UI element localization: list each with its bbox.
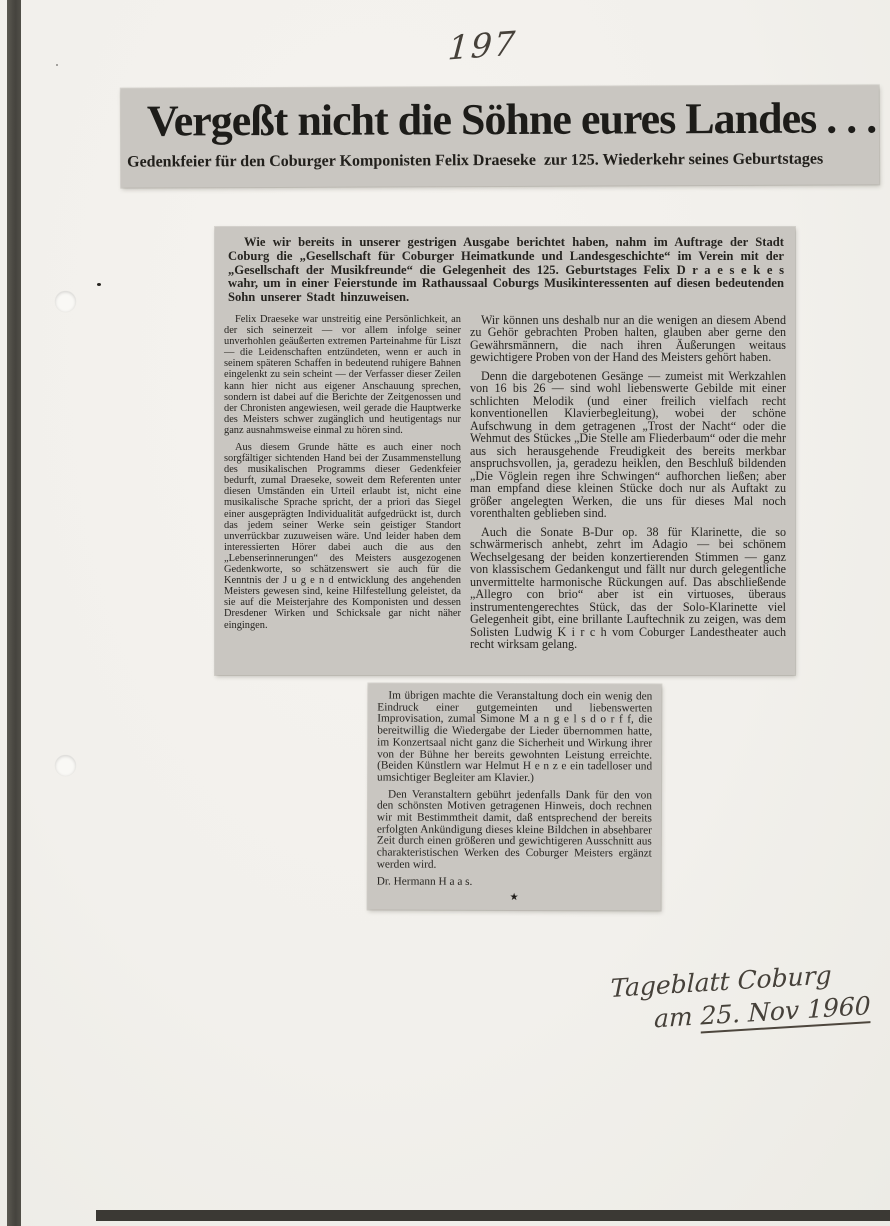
article-paragraph: Auch die Sonate B-Dur op. 38 für Klarine… [470,526,786,651]
continuation-clipping: Im übrigen machte die Veranstaltung doch… [368,683,662,910]
article-paragraph: Den Veranstaltern gebührt jedenfalls Dan… [377,789,652,872]
punch-hole [55,755,76,776]
scanned-album-page: 197 Vergeßt nicht die Söhne eures Landes… [0,0,890,1226]
source-note-date-underlined: 25. Nov 1960 [700,991,870,1033]
star-symbol: ★ [377,892,652,905]
article-byline: Dr. Hermann H a a s. [377,876,646,889]
headline-clipping: Vergeßt nicht die Söhne eures Landes . .… [121,85,879,187]
handwritten-source-note: Tageblatt Coburg am 25. Nov 1960 [610,958,871,1037]
article-paragraph: Wir können uns deshalb nur an die wenige… [470,314,786,364]
article-lead-paragraph: Wie wir bereits in unserer gestrigen Aus… [228,236,784,305]
main-article-clipping: Wie wir bereits in unserer gestrigen Aus… [215,227,795,675]
page-bottom-edge-strip [96,1210,890,1221]
punch-hole [55,291,76,312]
page-left-edge-strip [7,0,21,1226]
article-subheadline: Gedenkfeier für den Coburger Komponisten… [127,150,875,171]
article-paragraph: Denn die dargebotenen Gesänge — zumeist … [470,370,786,520]
dust-speck [97,283,101,286]
article-headline: Vergeßt nicht die Söhne eures Landes . .… [147,93,875,146]
article-columns: Felix Draeseke war unstreitig eine Persö… [224,314,786,657]
article-paragraph: Aus diesem Grunde hätte es auch einer no… [224,442,461,631]
article-paragraph: Im übrigen machte die Veranstaltung doch… [377,691,652,786]
article-paragraph: Felix Draeseke war unstreitig eine Persö… [224,314,461,436]
article-column-left: Felix Draeseke war unstreitig eine Persö… [224,314,461,637]
handwritten-page-number: 197 [447,23,519,67]
dust-speck [56,64,58,66]
article-column-right: Wir können uns deshalb nur an die wenige… [470,314,786,657]
source-note-date-prefix: am [654,1002,693,1033]
